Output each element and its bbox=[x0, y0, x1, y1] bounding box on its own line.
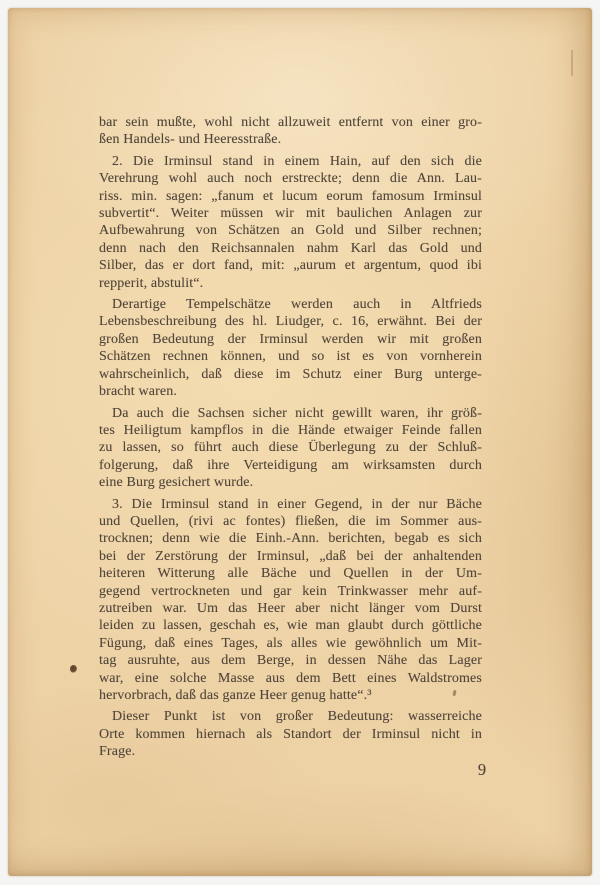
paragraph: 3. Die Irminsul stand in einer Gegend, i… bbox=[99, 496, 482, 705]
page-number: 9 bbox=[472, 760, 492, 780]
paragraph: Dieser Punkt ist von großer Bedeutung: w… bbox=[99, 708, 482, 760]
text-line: heiteren Witterung alle Bäche und Quelle… bbox=[99, 565, 482, 582]
text-line: subvertit“. Weiter müssen wir mit baulic… bbox=[99, 205, 482, 222]
text-line: Silber, das er dort fand, mit: „aurum et… bbox=[99, 257, 482, 274]
text-line: Lebensbeschreibung des hl. Liudger, c. 1… bbox=[99, 313, 482, 330]
text-line: 2. Die Irminsul stand in einem Hain, auf… bbox=[99, 153, 482, 170]
paragraph: Da auch die Sachsen sicher nicht gewillt… bbox=[99, 405, 482, 492]
text-line: zutreiben war. Um das Heer aber nicht lä… bbox=[99, 600, 482, 617]
scratch-mark bbox=[571, 50, 573, 76]
text-line: Da auch die Sachsen sicher nicht gewillt… bbox=[99, 405, 482, 422]
text-line: tag ausruhte, aus dem Berge, in dessen N… bbox=[99, 652, 482, 669]
text-line: Schätzen rechnen können, und so ist es v… bbox=[99, 348, 482, 365]
text-line: Dieser Punkt ist von großer Bedeutung: w… bbox=[99, 708, 482, 725]
text-line: tes Heiligtum kampflos in die Hände etwa… bbox=[99, 422, 482, 439]
paragraph: 2. Die Irminsul stand in einem Hain, auf… bbox=[99, 153, 482, 292]
text-line: riss. min. sagen: „fanum et lucum eorum … bbox=[99, 188, 482, 205]
text-line: bracht waren. bbox=[99, 383, 482, 400]
text-line: folgerung, daß ihre Verteidigung am wirk… bbox=[99, 457, 482, 474]
text-line: war, eine solche Masse aus dem Bett eine… bbox=[99, 670, 482, 687]
text-line: Derartige Tempelschätze werden auch in A… bbox=[99, 296, 482, 313]
text-block: bar sein mußte, wohl nicht allzuweit ent… bbox=[99, 114, 482, 761]
text-line: trocknen; denn wie die Einh.-Ann. berich… bbox=[99, 530, 482, 547]
text-line: gegend vertrockneten und gar kein Trinkw… bbox=[99, 583, 482, 600]
ink-speck bbox=[70, 665, 77, 673]
text-line: bei der Zerstörung der Irminsul, „daß be… bbox=[99, 548, 482, 565]
text-line: hervorbrach, daß das ganze Heer genug ha… bbox=[99, 687, 482, 704]
text-line: bar sein mußte, wohl nicht allzuweit ent… bbox=[99, 114, 482, 131]
text-line: repperit, abstulit“. bbox=[99, 275, 482, 292]
text-line: wahrscheinlich, daß diese im Schutz eine… bbox=[99, 366, 482, 383]
text-line: leiden zu lassen, geschah es, wie man gl… bbox=[99, 617, 482, 634]
text-line: zu lassen, so führt auch diese Überlegun… bbox=[99, 439, 482, 456]
book-page: bar sein mußte, wohl nicht allzuweit ent… bbox=[8, 8, 592, 876]
text-line: großen Bedeutung der Irminsul werden wir… bbox=[99, 331, 482, 348]
text-line: Verehrung wohl auch noch erstreckte; den… bbox=[99, 170, 482, 187]
scan-background: bar sein mußte, wohl nicht allzuweit ent… bbox=[0, 0, 600, 885]
text-line: Aufbewahrung von Schätzen an Gold und Si… bbox=[99, 222, 482, 239]
text-line: denn nach den Reichsannalen nahm Karl da… bbox=[99, 240, 482, 257]
text-line: und Quellen, (rivi ac fontes) fließen, d… bbox=[99, 513, 482, 530]
text-line: Fügung, daß eines Tages, als alles wie g… bbox=[99, 635, 482, 652]
paragraph: bar sein mußte, wohl nicht allzuweit ent… bbox=[99, 114, 482, 149]
text-line: Orte kommen hiernach als Standort der Ir… bbox=[99, 726, 482, 743]
text-line: 3. Die Irminsul stand in einer Gegend, i… bbox=[99, 496, 482, 513]
text-line: ßen Handels- und Heeresstraße. bbox=[99, 131, 482, 148]
text-line: Frage. bbox=[99, 743, 482, 760]
text-line: eine Burg gesichert wurde. bbox=[99, 474, 482, 491]
paragraph: Derartige Tempelschätze werden auch in A… bbox=[99, 296, 482, 400]
